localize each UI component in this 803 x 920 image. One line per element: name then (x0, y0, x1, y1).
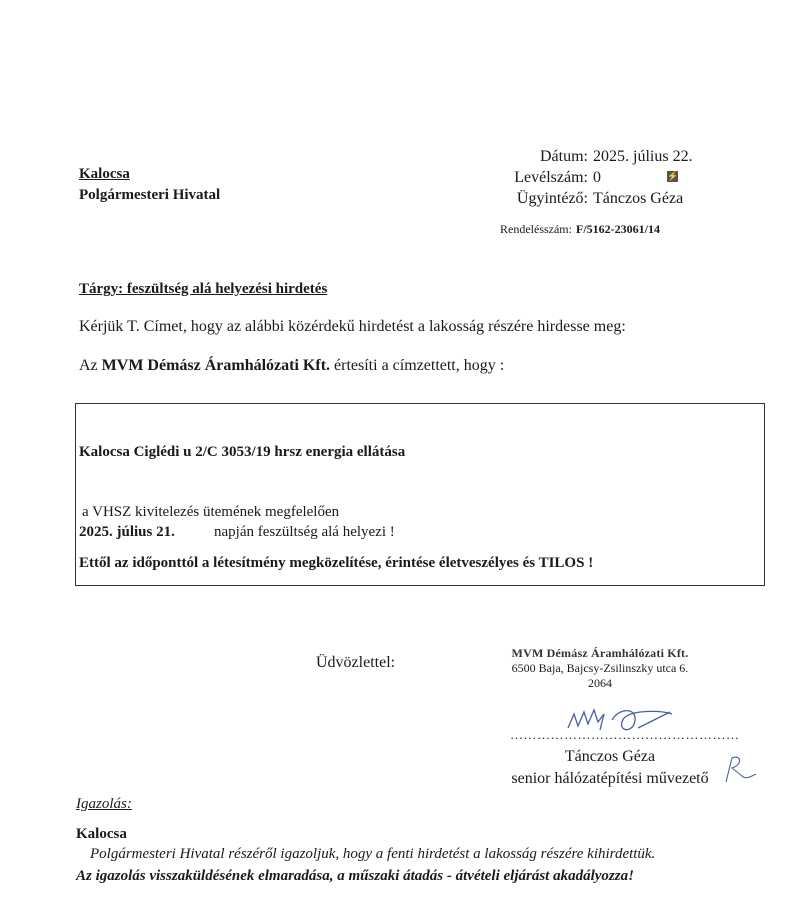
confirmation-text: Polgármesteri Hivatal részéről igazoljuk… (90, 846, 655, 863)
clerk-label: Ügyintéző: (470, 188, 593, 209)
notice-location: Kalocsa Ciglédi u 2/C 3053/19 hrsz energ… (79, 444, 405, 461)
stamp-code: 2064 (470, 676, 730, 691)
recipient-address: Kalocsa Polgármesteri Hivatal (79, 164, 220, 206)
confirmation-warning: Az igazolás visszaküldésének elmaradása,… (76, 868, 634, 885)
notice-date-line: 2025. július 21.napján feszültség alá he… (79, 524, 395, 541)
confirmation-title: Igazolás: (76, 796, 132, 813)
notice-lead: Az MVM Démász Áramhálózati Kft. értesíti… (79, 357, 504, 375)
notice-schedule: a VHSZ kivitelezés ütemének megfelelően (82, 504, 339, 521)
order-number: Rendelésszám:F/5162-23061/14 (500, 222, 660, 237)
intro-paragraph: Kérjük T. Címet, hogy az alábbi közérdek… (79, 318, 626, 336)
lightning-icon: ⚡ (667, 171, 678, 182)
initial-scribble (720, 752, 758, 788)
recipient-office: Polgármesteri Hivatal (79, 185, 220, 206)
clerk-value: Tánczos Géza (593, 188, 693, 209)
letter-number-row: Levélszám: 0 ⚡ (470, 167, 693, 188)
date-row: Dátum: 2025. július 22. (470, 146, 693, 167)
date-label: Dátum: (470, 146, 593, 167)
stamp-address: 6500 Baja, Bajcsy-Zsilinszky utca 6. (470, 661, 730, 676)
company-stamp: MVM Démász Áramhálózati Kft. 6500 Baja, … (470, 646, 730, 691)
signer-title: senior hálózatépítési művezető (470, 768, 750, 790)
notice-box: Kalocsa Ciglédi u 2/C 3053/19 hrsz energ… (75, 403, 765, 586)
clerk-row: Ügyintéző: Tánczos Géza (470, 188, 693, 209)
order-value: F/5162-23061/14 (576, 222, 660, 236)
date-value: 2025. július 22. (593, 146, 693, 167)
stamp-company: MVM Démász Áramhálózati Kft. (470, 646, 730, 661)
signer-block: Tánczos Géza senior hálózatépítési művez… (470, 746, 750, 790)
signature-line: …………………………………………… (510, 727, 740, 743)
notice-lead-prefix: Az (79, 357, 102, 374)
letter-number-label: Levélszám: (470, 167, 593, 188)
notice-date: 2025. július 21. (79, 524, 214, 541)
letter-number-value: 0 (593, 169, 601, 186)
company-name: MVM Démász Áramhálózati Kft. (102, 357, 330, 374)
order-label: Rendelésszám: (500, 222, 572, 236)
confirmation-city: Kalocsa (76, 826, 127, 843)
letter-meta: Dátum: 2025. július 22. Levélszám: 0 ⚡ Ü… (470, 146, 693, 209)
notice-lead-suffix: értesíti a címzettett, hogy : (330, 357, 504, 374)
notice-warning: Ettől az időponttól a létesítmény megköz… (79, 555, 593, 572)
notice-action: napján feszültség alá helyezi ! (214, 524, 395, 540)
greeting: Üdvözlettel: (316, 654, 395, 672)
signer-name: Tánczos Géza (470, 746, 750, 768)
recipient-city: Kalocsa (79, 164, 220, 185)
subject-line: Tárgy: feszültség alá helyezési hirdetés (79, 281, 327, 298)
